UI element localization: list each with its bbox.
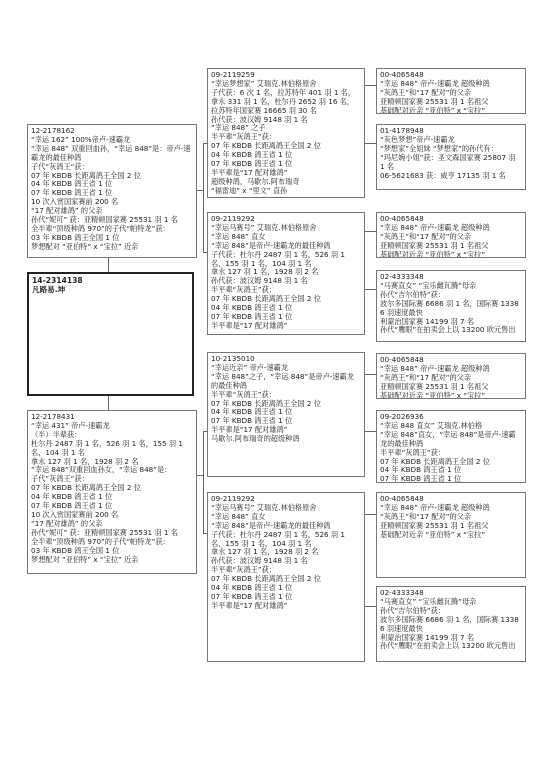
ancestor-card-g4-7[interactable]: 02-4333348 “马赛直女” “宝乐雌瓦腾”母亲 孙代“吉尔伯特”获： 波… xyxy=(376,586,526,662)
pedigree-line: 子代获：6 次 1 名，拉苏特年 401 羽 1 名，拿永 331 羽 1 名，… xyxy=(211,89,361,116)
subject-card[interactable]: 14-2314138 凡路易.坤 xyxy=(27,272,194,396)
connector-subject-sire xyxy=(108,258,109,272)
sire-line: “幸运 848” 双重回血孙，“幸运 848”是：帝卢-速霸龙的最佳种鸽 xyxy=(31,145,193,163)
pedigree-line: 孙代“鹰眼”在拍卖会上以 13200 欧元售出 xyxy=(380,326,522,335)
connector-subject-dam xyxy=(108,396,109,410)
sire-card[interactable]: 12-2178162 “幸运 162” 100%帝卢-速霸龙 “幸运 848” … xyxy=(27,124,197,258)
pedigree-line: 06-5621683 获：威亨 17135 羽 1 名 xyxy=(380,172,522,181)
pedigree-line: 波尔多国际赛 6686 羽 1 名，国际赛 13386 羽速度最快 xyxy=(380,616,522,634)
connector-g3-3b xyxy=(364,606,376,607)
ancestor-card-g4-4[interactable]: 00-4065848 “幸运 848” 帝卢-速霸龙 超级种鸽 “灰鸽王”和“1… xyxy=(376,353,526,399)
connector-g3-3 xyxy=(364,514,376,515)
ancestor-card-g4-1[interactable]: 01-4178948 “灰色梦想”帝卢-速霸龙 “梦想家”全姐妹 “梦想家”的孙… xyxy=(376,124,526,190)
pedigree-line: 基础配对近亲 “亚伯特” x “宝拉” xyxy=(380,107,522,114)
ancestor-card-g4-2[interactable]: 00-4065848 “幸运 848” 帝卢-速霸龙 超级种鸽 “灰鸽王”和“1… xyxy=(376,212,526,258)
pedigree-line: 基础配对近亲 “亚伯特” x “宝拉” xyxy=(380,531,522,540)
grandsire-maternal-card[interactable]: 10-2135010 “幸运近亲” 帝卢-速霸龙 “幸运 848”之子，“幸运 … xyxy=(207,352,365,477)
connector-g3-0b xyxy=(364,143,376,144)
subject-name: 凡路易.坤 xyxy=(32,285,189,294)
ancestor-card-g4-3[interactable]: 02-4333348 “马赛直女” “宝乐雌瓦腾”母亲 孙代“吉尔伯特”获： 波… xyxy=(376,270,526,342)
ancestor-card-g4-0[interactable]: 00-4065848 “幸运 848” 帝卢-速霸龙 超级种鸽 “灰鸽王”和“1… xyxy=(376,68,526,114)
pedigree-line: 基础配对近亲 “亚伯特” x “宝拉” xyxy=(380,392,522,399)
ancestor-card-g4-6[interactable]: 00-4065848 “幸运 848” 帝卢-速霸龙 超级种鸽 “灰鸽王”和“1… xyxy=(376,492,526,578)
pedigree-line: 07 年 KBDB 鸽王省 1 位 xyxy=(380,475,522,483)
connector-dam xyxy=(196,475,203,476)
connector-g3-2b xyxy=(364,431,376,432)
dam-line: 杜尔丹 2487 羽 1 名，526 羽 1 名，155 羽 1 名，104 羽… xyxy=(31,440,193,458)
pedigree-line: “幸运 848”之子，“幸运 848”是帝卢-速霸龙的最佳种鸽 xyxy=(211,373,361,391)
connector-dam-branch xyxy=(203,431,204,533)
connector-g3-0 xyxy=(364,85,376,86)
pedigree-line: 子代获：杜尔丹 2487 羽 1 名，526 羽 1 名，155 羽 1 名，1… xyxy=(211,251,361,269)
granddam-paternal-card[interactable]: 09-2119292 “幸运马赛号” 艾瑞克.林伯格原舍 “幸运 848” 直女… xyxy=(207,212,365,335)
connector-sire xyxy=(196,190,203,191)
dam-card[interactable]: 12-2178431 “幸运 431” 帝卢-速霸龙 （半）半辈获： 杜尔丹 2… xyxy=(27,410,197,574)
pedigree-line: 马歇尔.阿布瑞奇的超级种鸽 xyxy=(211,435,361,444)
grandsire-paternal-card[interactable]: 09-2119259 “幸运梦想家” 艾瑞克.林伯格原舍 子代获：6 次 1 名… xyxy=(207,68,365,198)
connector-g3-1b xyxy=(364,289,376,290)
pedigree-line: “玛尼婉小姐”获：圣文森国家赛 25807 羽 1 名 xyxy=(380,154,522,172)
connector-g3-2 xyxy=(364,374,376,375)
granddam-maternal-card[interactable]: 09-2119292 “幸运马赛号” 艾瑞克.林伯格原舍 “幸运 848” 直女… xyxy=(207,492,365,662)
pedigree-line: 半平辈是“17 配对雄鸽” xyxy=(211,602,361,611)
pedigree-line: 子代获：杜尔丹 2487 羽 1 名，526 羽 1 名，155 羽 1 名，1… xyxy=(211,531,361,549)
connector-sire-branch xyxy=(203,143,204,252)
subject-ring-number: 14-2314138 xyxy=(32,276,189,285)
sire-line: 梦想配对 “亚伯特” x “宝拉” 近亲 xyxy=(31,243,193,252)
pedigree-line: 基础配对近亲 “亚伯特” x “宝拉” xyxy=(380,251,522,258)
ancestor-card-g4-5[interactable]: 09-2026936 “幸运 848 直女” 艾瑞克.林伯格 “幸运 848”直… xyxy=(376,410,526,483)
connector-g3-1 xyxy=(364,231,376,232)
pedigree-line: “幸运 848”直女，“幸运 848”是帝卢-速霸龙的最佳种鸽 xyxy=(380,431,522,449)
pedigree-line: “福雷迪” x “里文” 直孙 xyxy=(211,187,361,196)
dam-line: 梦想配对 “亚伯特” x “宝拉” 近亲 xyxy=(31,556,193,565)
pedigree-line: 半平辈是“17 配对雄鸽” xyxy=(211,322,361,331)
pedigree-line: 波尔多国际赛 6686 羽 1 名，国际赛 13386 羽速度最快 xyxy=(380,300,522,318)
pedigree-line: 孙代“鹰眼”在拍卖会上以 13200 欧元售出 xyxy=(380,642,522,651)
